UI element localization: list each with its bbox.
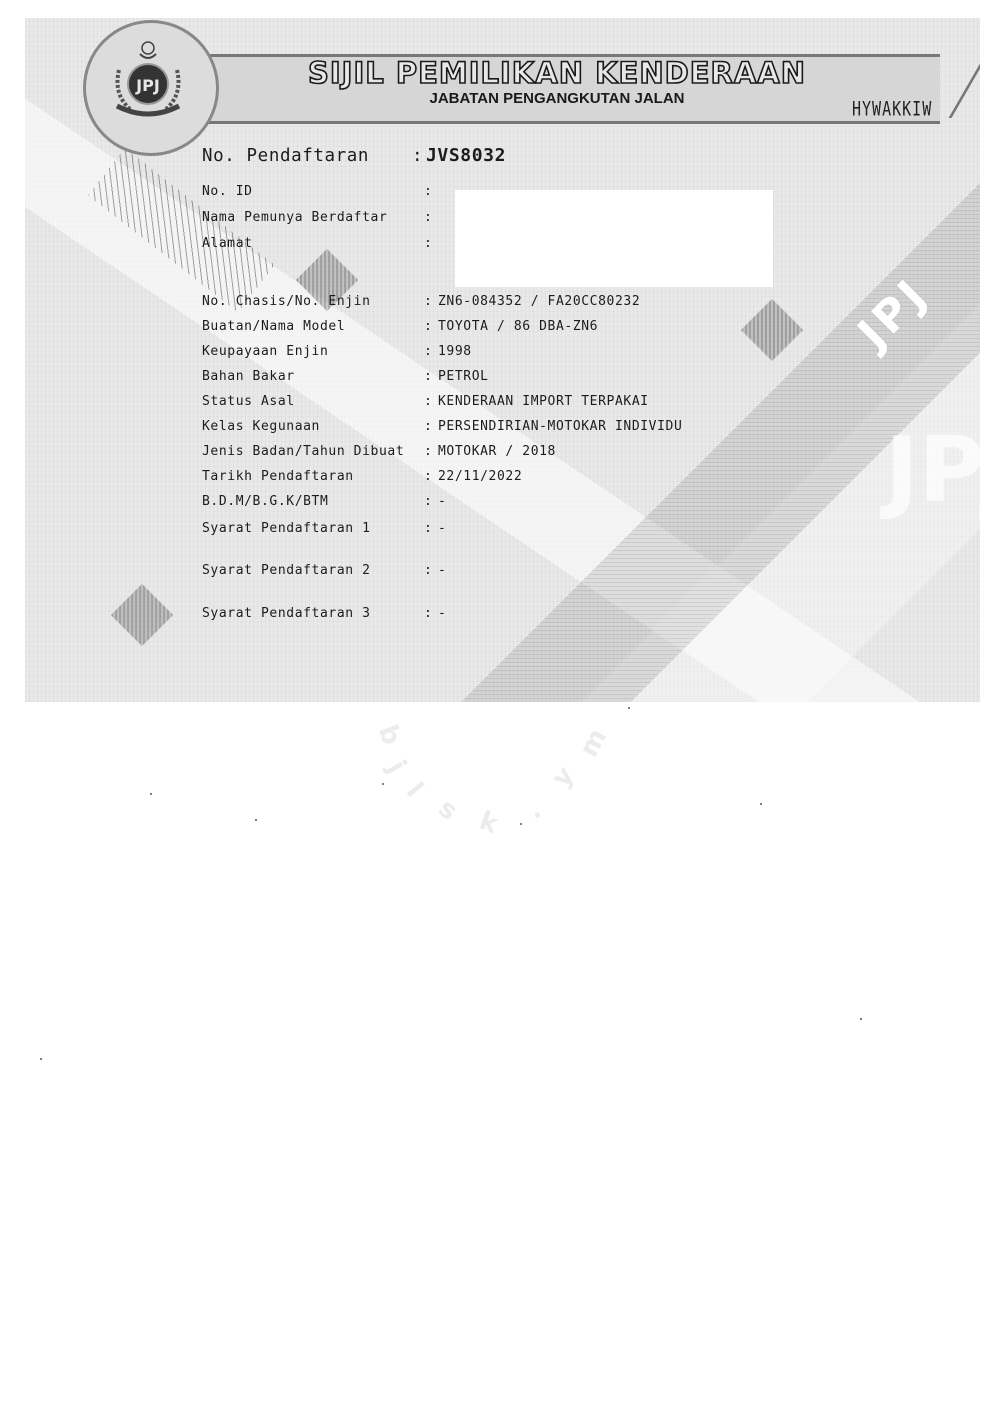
field-row: Keupayaan Enjin:1998 (202, 344, 472, 359)
diamond-pattern-icon (111, 584, 173, 646)
field-separator: : (424, 444, 438, 459)
field-value: PETROL (438, 369, 489, 384)
vehicle-ownership-certificate: JPJ JPJ JPJ SIJIL PEMILIKAN KENDERAAN JA… (25, 18, 980, 702)
page-watermark-letter: . (524, 794, 546, 825)
scan-speck (520, 823, 522, 825)
field-label: Buatan/Nama Model (202, 319, 424, 334)
field-value: 1998 (438, 344, 472, 359)
field-row: B.D.M/B.G.K/BTM:- (202, 494, 446, 509)
field-label: Status Asal (202, 394, 424, 409)
registration-number: JVS8032 (426, 145, 506, 166)
page-watermark-letter: k (475, 806, 502, 840)
field-value: - (438, 494, 446, 509)
redacted-owner-info (455, 190, 773, 287)
diamond-pattern-icon (741, 299, 803, 361)
field-label: Syarat Pendaftaran 2 (202, 563, 424, 578)
field-separator: : (424, 606, 438, 621)
field-row: Buatan/Nama Model:TOYOTA / 86 DBA-ZN6 (202, 319, 598, 334)
page-watermark-letter: y (547, 761, 581, 793)
field-row: Syarat Pendaftaran 3:- (202, 606, 446, 621)
scan-speck (382, 783, 384, 785)
field-label: Syarat Pendaftaran 3 (202, 606, 424, 621)
field-value: - (438, 606, 446, 621)
page-watermark-letter: s (432, 793, 463, 826)
page-watermark-letter: b (372, 721, 407, 749)
serial-code: HYWAKKIW (852, 97, 932, 120)
field-label: No. Chasis/No. Enjin (202, 294, 424, 309)
scan-speck (860, 1018, 862, 1020)
field-row: Status Asal:KENDERAAN IMPORT TERPAKAI (202, 394, 649, 409)
field-value: TOYOTA / 86 DBA-ZN6 (438, 319, 598, 334)
page-watermark-letter: j (381, 756, 411, 779)
field-separator: : (424, 344, 438, 359)
field-label: Nama Pemunya Berdaftar (202, 210, 424, 225)
field-separator: : (424, 419, 438, 434)
scan-speck (760, 803, 762, 805)
field-label: Syarat Pendaftaran 1 (202, 521, 424, 536)
scan-speck (628, 707, 630, 709)
jpj-watermark-large: JPJ (885, 418, 980, 523)
field-row: Alamat: (202, 236, 438, 251)
field-row: Syarat Pendaftaran 1:- (202, 521, 446, 536)
field-label: Tarikh Pendaftaran (202, 469, 424, 484)
certificate-subtitle: JABATAN PENGANGKUTAN JALAN (247, 90, 867, 107)
scan-speck (150, 793, 152, 795)
field-separator: : (424, 369, 438, 384)
field-separator: : (424, 521, 438, 536)
field-separator: : (424, 294, 438, 309)
field-value: ZN6-084352 / FA20CC80232 (438, 294, 640, 309)
field-label: Kelas Kegunaan (202, 419, 424, 434)
field-row: Jenis Badan/Tahun Dibuat:MOTOKAR / 2018 (202, 444, 556, 459)
scan-speck (40, 1058, 42, 1060)
field-value: 22/11/2022 (438, 469, 522, 484)
jpj-crest-icon: JPJ (107, 40, 189, 122)
svg-text:JPJ: JPJ (135, 76, 160, 95)
field-value: - (438, 521, 446, 536)
certificate-title: SIJIL PEMILIKAN KENDERAAN (247, 56, 867, 90)
field-label: No. ID (202, 184, 424, 199)
page-watermark-letter: m (574, 724, 613, 762)
field-row: No. ID: (202, 184, 438, 199)
field-label: Bahan Bakar (202, 369, 424, 384)
field-row: Nama Pemunya Berdaftar: (202, 210, 438, 225)
field-value: MOTOKAR / 2018 (438, 444, 556, 459)
field-label: Alamat (202, 236, 424, 251)
field-label: No. Pendaftaran (202, 146, 412, 166)
field-separator: : (424, 236, 438, 251)
field-row: Syarat Pendaftaran 2:- (202, 563, 446, 578)
field-value: KENDERAAN IMPORT TERPAKAI (438, 394, 649, 409)
field-row: No. Chasis/No. Enjin:ZN6-084352 / FA20CC… (202, 294, 640, 309)
field-label: Jenis Badan/Tahun Dibuat (202, 444, 424, 459)
field-separator: : (424, 494, 438, 509)
field-label: Keupayaan Enjin (202, 344, 424, 359)
field-row: Tarikh Pendaftaran:22/11/2022 (202, 469, 522, 484)
registration-number-row: No. Pendaftaran:JVS8032 (202, 145, 506, 166)
field-row: Bahan Bakar:PETROL (202, 369, 489, 384)
field-separator: : (424, 210, 438, 225)
field-separator: : (424, 469, 438, 484)
field-label: B.D.M/B.G.K/BTM (202, 494, 424, 509)
page-watermark-letter: l (400, 777, 429, 803)
field-value: PERSENDIRIAN-MOTOKAR INDIVIDU (438, 419, 682, 434)
field-separator: : (424, 394, 438, 409)
field-separator: : (424, 563, 438, 578)
scan-speck (255, 819, 257, 821)
field-separator: : (424, 319, 438, 334)
field-separator: : (424, 184, 438, 199)
field-row: Kelas Kegunaan:PERSENDIRIAN-MOTOKAR INDI… (202, 419, 682, 434)
field-value: - (438, 563, 446, 578)
